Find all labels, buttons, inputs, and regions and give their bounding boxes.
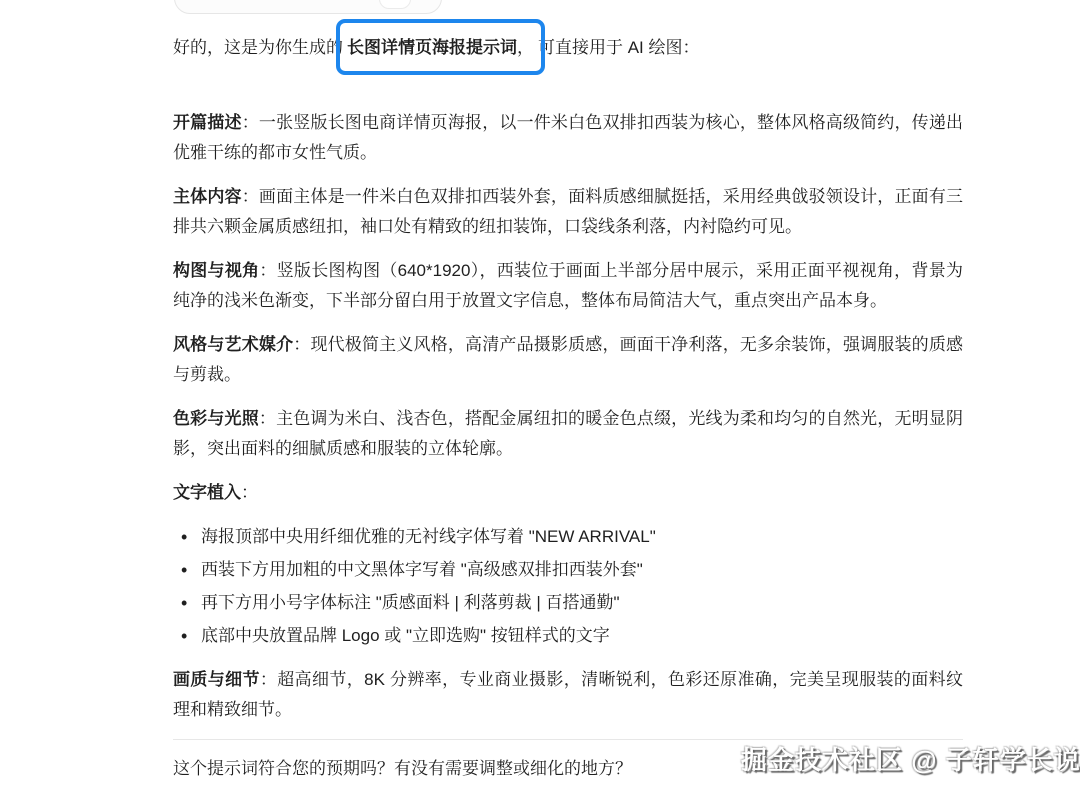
section-label: 构图与视角 [173, 261, 259, 280]
section-composition-view: 构图与视角：竖版长图构图（640*1920），西装位于画面上半部分居中展示，采用… [173, 256, 963, 316]
section-colon: ： [259, 261, 276, 280]
section-label: 主体内容 [173, 187, 242, 206]
section-colon: ： [259, 409, 276, 428]
list-item-text: 再下方用小号字体标注 "质感面料 | 利落剪裁 | 百搭通勤" [201, 593, 620, 612]
assistant-message: 好的，这是为你生成的长图详情页海报提示词，可直接用于 AI 绘图： 开篇描述：一… [173, 0, 963, 784]
list-item: 西装下方用加粗的中文黑体字写着 "高级感双排扣西装外套" [173, 555, 963, 585]
intro-comma: ， [517, 38, 534, 57]
section-colon: ： [293, 335, 310, 354]
list-item: 海报顶部中央用纤细优雅的无衬线字体写着 "NEW ARRIVAL" [173, 522, 963, 552]
text-embed-list: 海报顶部中央用纤细优雅的无衬线字体写着 "NEW ARRIVAL" 西装下方用加… [173, 522, 963, 651]
list-item-text: 底部中央放置品牌 Logo 或 "立即选购" 按钮样式的文字 [201, 626, 610, 645]
highlight-annotation-box: 长图详情页海报提示词， [336, 19, 545, 75]
list-item: 底部中央放置品牌 Logo 或 "立即选购" 按钮样式的文字 [173, 621, 963, 651]
section-colon: ： [242, 113, 259, 132]
section-main-content: 主体内容：画面主体是一件米白色双排扣西装外套，面料质感细腻挺括，采用经典戗驳领设… [173, 182, 963, 242]
section-text: 主色调为米白、浅杏色，搭配金属纽扣的暖金色点缀，光线为柔和均匀的自然光，无明显阴… [173, 409, 963, 458]
list-item-text: 海报顶部中央用纤细优雅的无衬线字体写着 "NEW ARRIVAL" [201, 527, 656, 546]
section-colon: ： [241, 483, 258, 502]
section-label: 开篇描述 [173, 113, 242, 132]
section-label: 色彩与光照 [173, 409, 259, 428]
section-label: 风格与艺术媒介 [173, 335, 293, 354]
section-colon: ： [242, 187, 259, 206]
list-item-text: 西装下方用加粗的中文黑体字写着 "高级感双排扣西装外套" [201, 560, 643, 579]
intro-prefix: 好的，这是为你生成的 [173, 38, 343, 57]
section-colon: ： [260, 670, 277, 689]
watermark: 掘金技术社区 @ 子轩学长说 [741, 740, 1071, 777]
section-text: 一张竖版长图电商详情页海报，以一件米白色双排扣西装为核心，整体风格高级简约，传递… [173, 113, 963, 162]
section-text-embed-heading: 文字植入： [173, 478, 963, 508]
section-label: 文字植入 [173, 483, 241, 502]
intro-line: 好的，这是为你生成的长图详情页海报提示词，可直接用于 AI 绘图： [173, 34, 963, 62]
section-text: 画面主体是一件米白色双排扣西装外套，面料质感细腻挺括，采用经典戗驳领设计，正面有… [173, 187, 963, 236]
section-text: 超高细节，8K 分辨率，专业商业摄影，清晰锐利，色彩还原准确，完美呈现服装的面料… [173, 670, 963, 719]
section-text: 竖版长图构图（640*1920），西装位于画面上半部分居中展示，采用正面平视视角… [173, 261, 963, 310]
section-style-medium: 风格与艺术媒介：现代极简主义风格，高清产品摄影质感，画面干净利落，无多余装饰，强… [173, 330, 963, 390]
section-quality-detail: 画质与细节：超高细节，8K 分辨率，专业商业摄影，清晰锐利，色彩还原准确，完美呈… [173, 665, 963, 725]
section-color-lighting: 色彩与光照：主色调为米白、浅杏色，搭配金属纽扣的暖金色点缀，光线为柔和均匀的自然… [173, 404, 963, 464]
intro-suffix: 可直接用于 AI 绘图： [538, 38, 700, 57]
section-opening-description: 开篇描述：一张竖版长图电商详情页海报，以一件米白色双排扣西装为核心，整体风格高级… [173, 108, 963, 168]
intro-highlight: 长图详情页海报提示词 [347, 38, 517, 57]
list-item: 再下方用小号字体标注 "质感面料 | 利落剪裁 | 百搭通勤" [173, 588, 963, 618]
section-label: 画质与细节 [173, 670, 260, 689]
